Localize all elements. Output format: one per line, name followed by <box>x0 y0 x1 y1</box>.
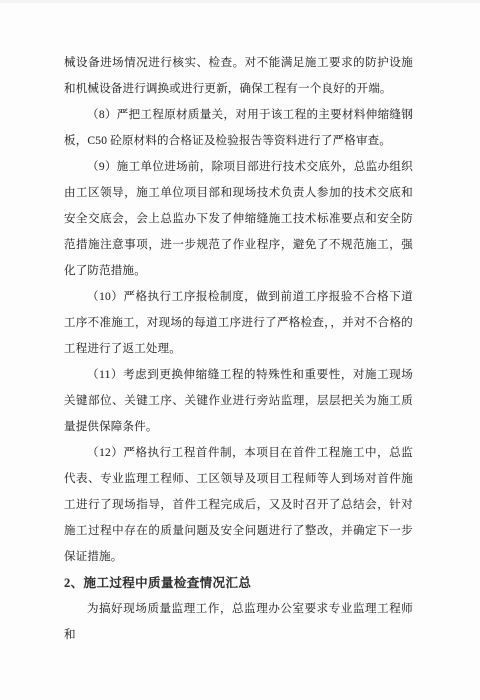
paragraph-item-10: （10）严格执行工序报检制度，做到前道工序报验不合格下道工序不准施工，对现场的每… <box>64 284 413 362</box>
document-page: 械设备进场情况进行核实、检查。对不能满足施工要求的防护设施和机械设备进行调换或进… <box>0 0 480 700</box>
scan-edge-artifact <box>0 0 480 3</box>
paragraph-item-9: （9）施工单位进场前，除项目部进行技术交底外，总监办组织由工区领导，施工单位项目… <box>64 154 413 284</box>
paragraph-item-12: （12）严格执行工程首件制，本项目在首件工程施工中，总监代表、专业监理工程师、工… <box>64 440 413 570</box>
text-block: 械设备进场情况进行核实、检查。对不能满足施工要求的防护设施和机械设备进行调换或进… <box>64 50 413 648</box>
paragraph-quality-supervision: 为搞好现场质量监理工作，总监理办公室要求专业监理工程师和 <box>64 596 413 648</box>
paragraph-continuation: 械设备进场情况进行核实、检查。对不能满足施工要求的防护设施和机械设备进行调换或进… <box>64 50 413 102</box>
paragraph-item-11: （11）考虑到更换伸缩缝工程的特殊性和重要性，对施工现场关键部位、关键工序、关键… <box>64 362 413 440</box>
section-heading-quality-check-summary: 2、施工过程中质量检查情况汇总 <box>64 570 413 596</box>
paragraph-item-8: （8）严把工程原材质量关，对用于该工程的主要材料伸缩缝钢板，C50 砼原材料的合… <box>64 102 413 154</box>
